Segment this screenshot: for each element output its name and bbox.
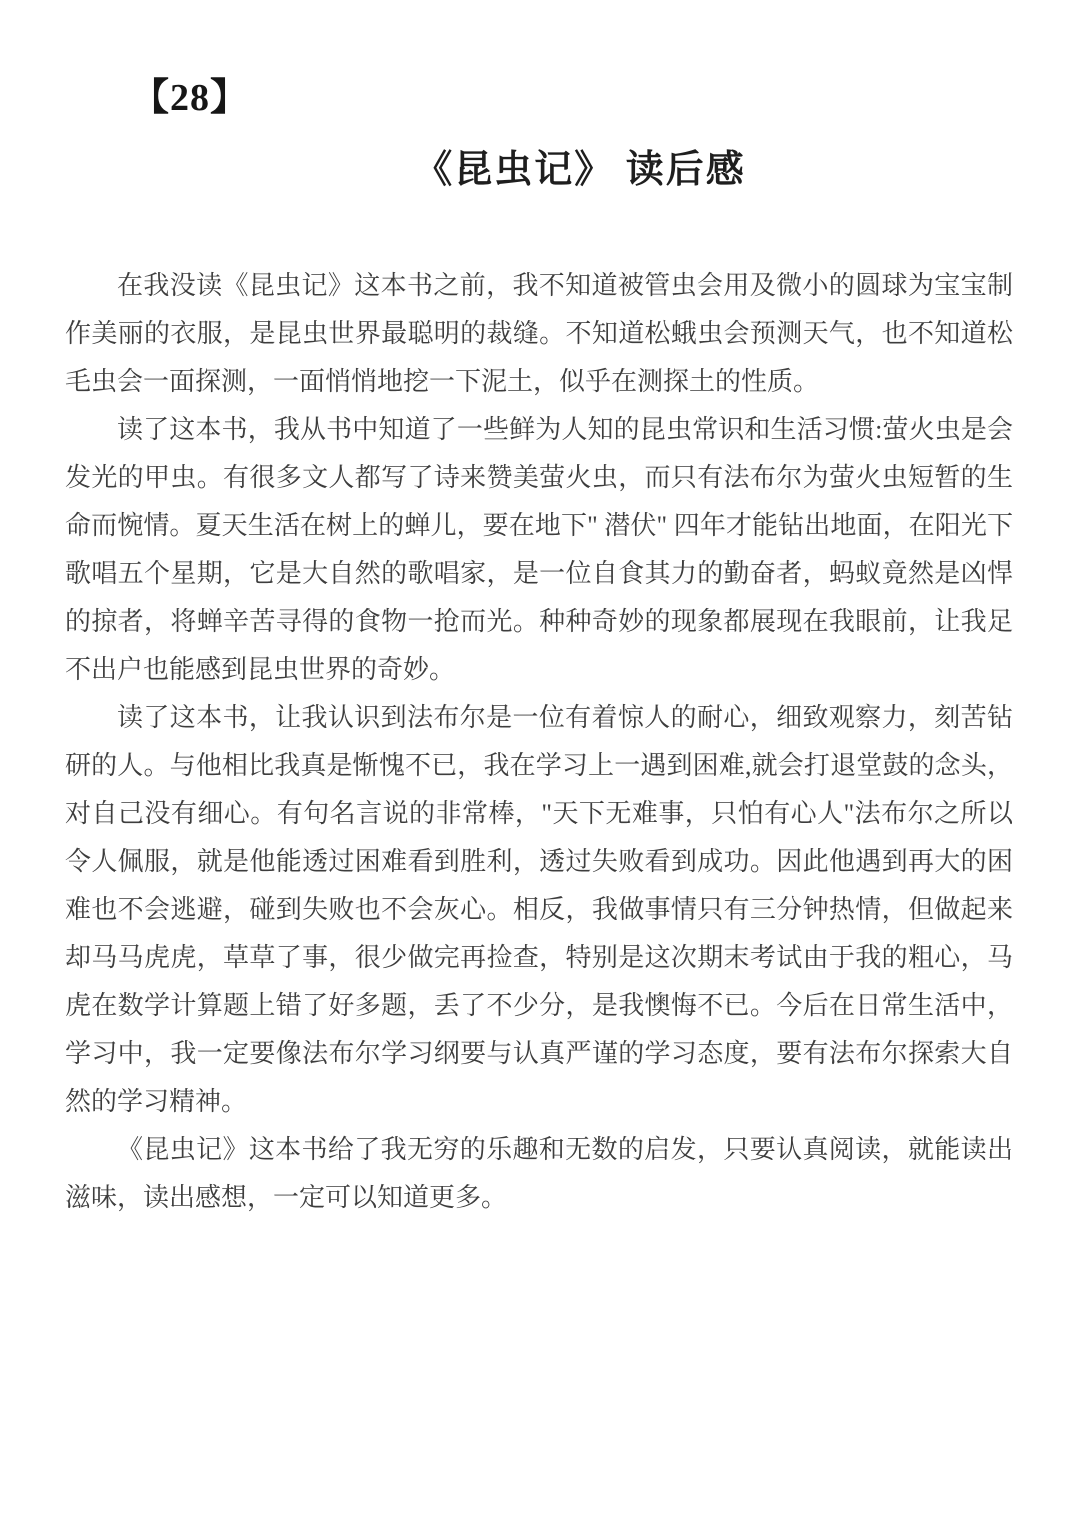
essay-paragraph-3: 读了这本书，让我认识到法布尔是一位有着惊人的耐心，细致观察力，刻苦钻研的人。与他… <box>65 694 1013 1126</box>
essay-paragraph-1: 在我没读《昆虫记》这本书之前，我不知道被管虫会用及微小的圆球为宝宝制作美丽的衣服… <box>65 262 1013 406</box>
essay-body: 在我没读《昆虫记》这本书之前，我不知道被管虫会用及微小的圆球为宝宝制作美丽的衣服… <box>65 262 1013 1222</box>
essay-title: 《昆虫记》 读后感 <box>80 138 1080 193</box>
document-page: 【28】 《昆虫记》 读后感 在我没读《昆虫记》这本书之前，我不知道被管虫会用及… <box>0 0 1080 1527</box>
essay-paragraph-2: 读了这本书，我从书中知道了一些鲜为人知的昆虫常识和生活习惯:萤火虫是会发光的甲虫… <box>65 406 1013 694</box>
essay-paragraph-4: 《昆虫记》这本书给了我无穷的乐趣和无数的启发，只要认真阅读，就能读出滋味，读出感… <box>65 1126 1013 1222</box>
essay-index-label: 【28】 <box>131 66 249 121</box>
